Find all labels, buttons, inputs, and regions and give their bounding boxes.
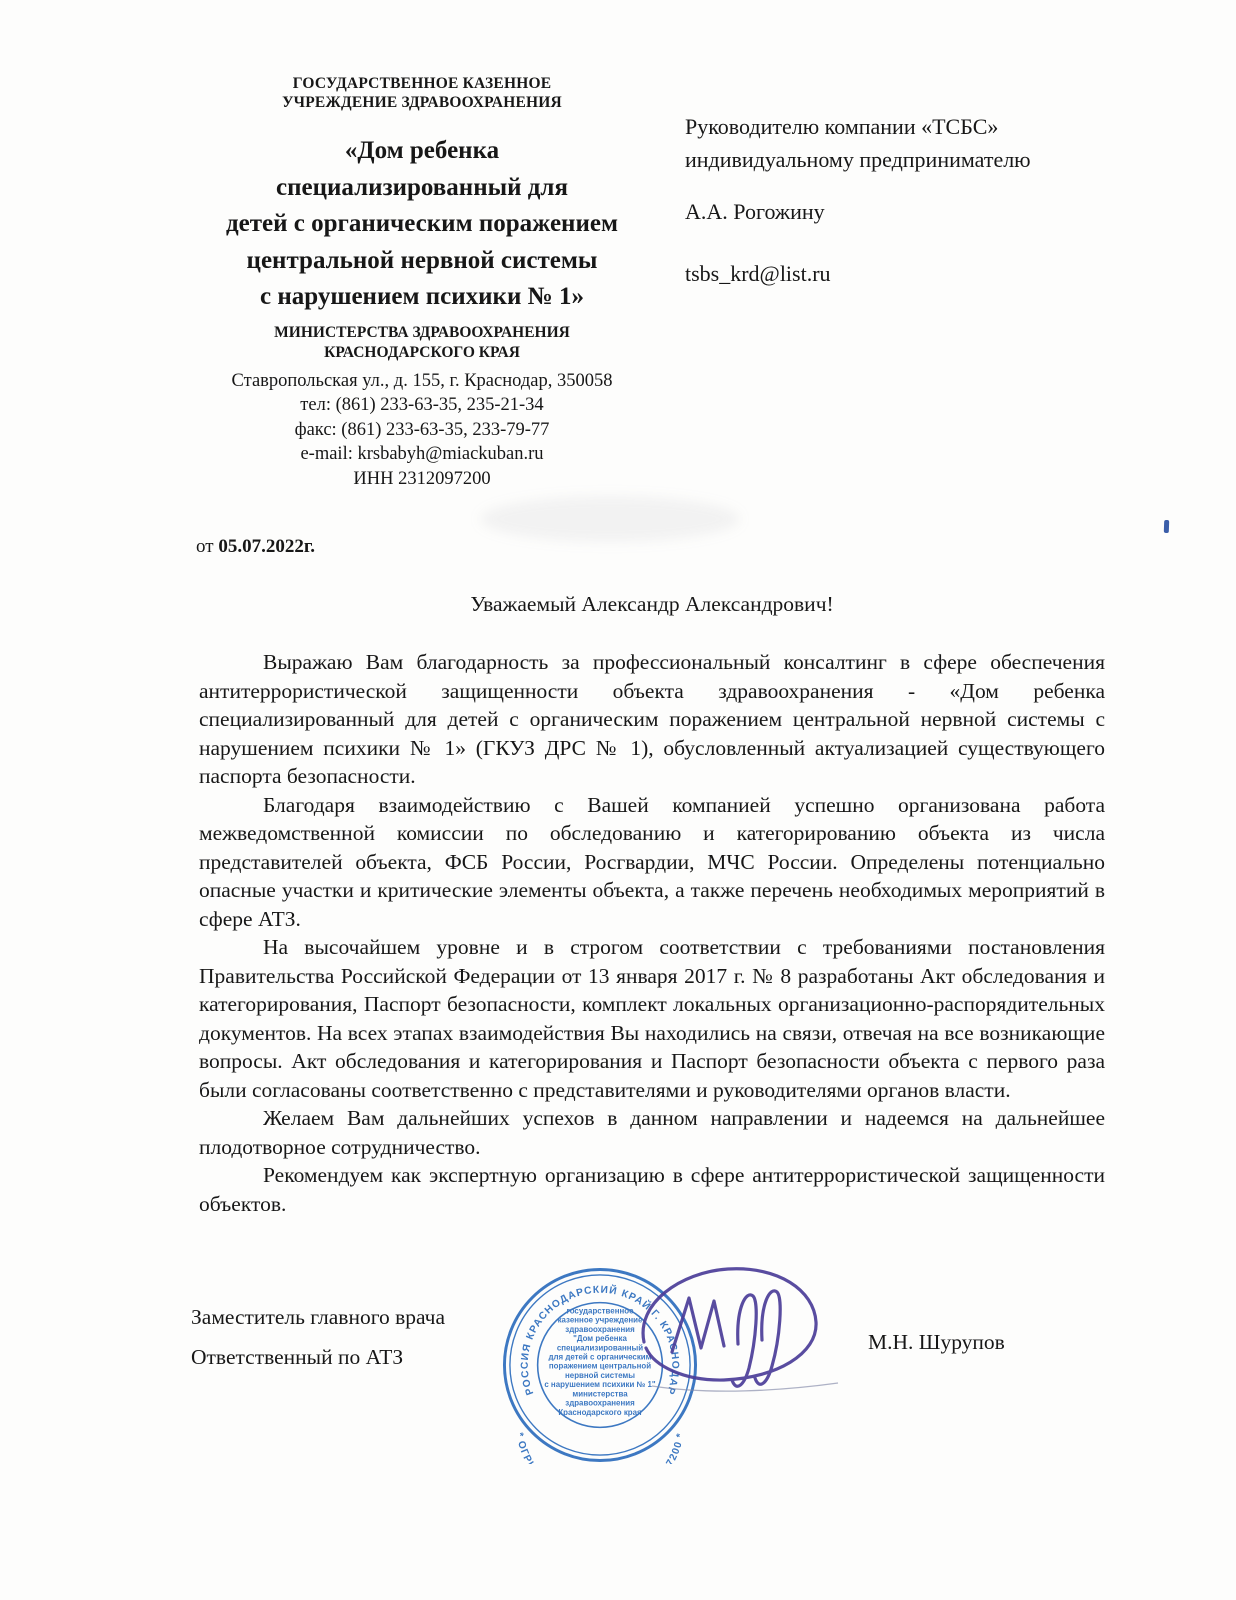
org-inn-line: ИНН 2312097200 <box>188 467 656 492</box>
handwritten-signature <box>610 1256 850 1416</box>
signature-oval-stroke <box>643 1269 816 1380</box>
org-name: «Дом ребенка специализированный для дете… <box>188 133 656 316</box>
addressee-block: Руководителю компании «ТСБС» индивидуаль… <box>685 110 1115 290</box>
org-name-line: с нарушением психики № 1» <box>188 279 656 316</box>
date-value: 05.07.2022г. <box>218 536 315 557</box>
signer-titles: Заместитель главного врача Ответственный… <box>191 1297 445 1377</box>
org-address: Ставропольская ул., д. 155, г. Краснодар… <box>188 369 656 492</box>
letterhead-org-block: ГОСУДАРСТВЕННОЕ КАЗЕННОЕ УЧРЕЖДЕНИЕ ЗДРА… <box>188 74 656 491</box>
org-phone-line: тел: (861) 233-63-35, 235-21-34 <box>188 393 656 418</box>
ministry: МИНИСТЕРСТВА ЗДРАВООХРАНЕНИЯ КРАСНОДАРСК… <box>188 323 656 363</box>
org-name-line: центральной нервной системы <box>188 243 656 280</box>
org-name-line: «Дом ребенка <box>188 133 656 170</box>
salutation: Уважаемый Александр Александрович! <box>199 592 1105 617</box>
addressee-line2: индивидуальному предпринимателю <box>685 143 1115 176</box>
scanned-letter-page: ГОСУДАРСТВЕННОЕ КАЗЕННОЕ УЧРЕЖДЕНИЕ ЗДРА… <box>0 0 1236 1600</box>
org-type-line: УЧРЕЖДЕНИЕ ЗДРАВООХРАНЕНИЯ <box>188 93 656 112</box>
ink-tick-mark <box>1164 520 1169 533</box>
ministry-line: КРАСНОДАРСКОГО КРАЯ <box>188 343 656 363</box>
addressee-email: tsbs_krd@list.ru <box>685 257 1115 290</box>
org-type: ГОСУДАРСТВЕННОЕ КАЗЕННОЕ УЧРЕЖДЕНИЕ ЗДРА… <box>188 74 656 112</box>
org-type-line: ГОСУДАРСТВЕННОЕ КАЗЕННОЕ <box>188 74 656 93</box>
org-name-line: специализированный для <box>188 170 656 207</box>
body-paragraph: Благодаря взаимодействию с Вашей компани… <box>199 791 1105 934</box>
addressee-name: А.А. Рогожину <box>685 195 1115 228</box>
signer-name: М.Н. Шурупов <box>868 1330 1005 1355</box>
signer-title-line1: Заместитель главного врача <box>191 1297 445 1337</box>
signature-loop-stroke <box>732 1295 756 1386</box>
signature-underline-stroke <box>652 1383 838 1391</box>
body-paragraph: Желаем Вам дальнейших успехов в данном н… <box>199 1104 1105 1161</box>
signature-zigzag-stroke <box>672 1298 724 1352</box>
org-name-line: детей с органическим поражением <box>188 206 656 243</box>
body-paragraph: Рекомендуем как экспертную организацию в… <box>199 1161 1105 1218</box>
org-email-line: e-mail: krsbabyh@miackuban.ru <box>188 442 656 467</box>
ministry-line: МИНИСТЕРСТВА ЗДРАВООХРАНЕНИЯ <box>188 323 656 343</box>
signer-title-line2: Ответственный по АТЗ <box>191 1337 445 1377</box>
date-prefix: от <box>196 536 214 557</box>
body-paragraph: На высочайшем уровне и в строгом соответ… <box>199 933 1105 1104</box>
body-paragraph: Выражаю Вам благодарность за профессиона… <box>199 648 1105 791</box>
org-fax-line: факс: (861) 233-63-35, 233-79-77 <box>188 418 656 443</box>
letter-body: Выражаю Вам благодарность за профессиона… <box>199 648 1105 1218</box>
org-address-line: Ставропольская ул., д. 155, г. Краснодар… <box>188 369 656 394</box>
scan-smudge <box>480 496 740 542</box>
addressee-line1: Руководителю компании «ТСБС» <box>685 110 1115 143</box>
date-line: от 05.07.2022г. <box>196 536 315 558</box>
